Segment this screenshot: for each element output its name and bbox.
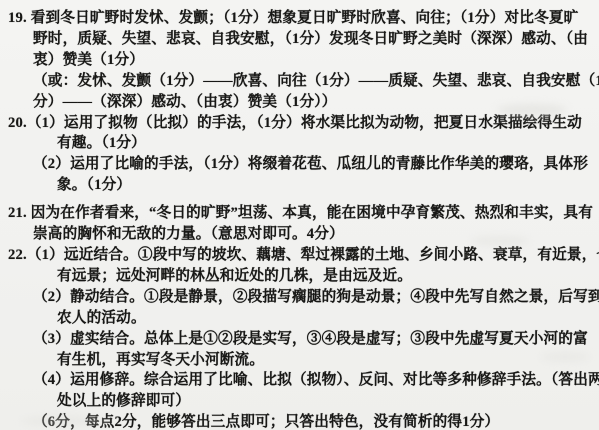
answer-line: 崇高的胸怀和无敌的力量。（意思对即可。4分） — [0, 224, 599, 245]
answer-line-q22: 22.（1）远近结合。①段中写的坡坎、藕塘、犁过裸露的土地、乡间小路、衰草，有近… — [0, 245, 599, 266]
answer-line-q19: 19. 看到冬日旷野时发怵、发颤；（1分）想象夏日旷野时欣喜、向往；（1分）对比… — [0, 8, 599, 29]
answer-line-q19-alternative: （或：发怵、发颤（1分）——欣喜、向往（1分）——质疑、失望、悲哀、自我安慰（1 — [0, 71, 599, 92]
answer-line-scoring-note: （6分，每点2分，能够答出三点即可；只答出特色，没有简析的得1分） — [0, 412, 599, 430]
answer-line: 有远景；远处河畔的林丛和近处的几株，是由远及近。 — [0, 266, 599, 287]
answer-line: 野时，质疑、失望、悲哀、自我安慰，（1分）发现冬日旷野之美时（深深）感动、（由 — [0, 29, 599, 50]
answer-line: 农人的活动。 — [0, 308, 599, 329]
answer-line: 分）——（深深）感动、（由衷）赞美（1分）） — [0, 92, 599, 113]
answer-line: 象。（1分） — [0, 175, 599, 196]
answer-line-q22-part3: （3）虚实结合。总体上是①②段是实写，③④段是虚写；③段中先虚写夏天小河的富 — [0, 329, 599, 350]
answer-line: 有趣。（1分） — [0, 133, 599, 154]
answer-line-q20-part2: （2）运用了比喻的手法，（1分）将缀着花苞、瓜纽儿的青藤比作华美的璎珞，具体形 — [0, 154, 599, 175]
scanned-answer-sheet-page: 19. 看到冬日旷野时发怵、发颤；（1分）想象夏日旷野时欣喜、向往；（1分）对比… — [0, 0, 599, 430]
answer-line: 处以上的修辞即可） — [0, 391, 599, 412]
answer-line: 有生机，再实写冬天小河断流。 — [0, 350, 599, 371]
answer-line: 衷）赞美（1分） — [0, 50, 599, 71]
answer-line-q20: 20.（1）运用了拟物（比拟）的手法，（1分）将水渠比拟为动物，把夏日水渠描绘得… — [0, 113, 599, 134]
answer-line-q22-part4: （4）运用修辞。综合运用了比喻、比拟（拟物）、反问、对比等多种修辞手法。（答出两 — [0, 370, 599, 391]
answer-line-q21: 21. 因为在作者看来，“冬日的旷野”坦荡、本真，能在困境中孕育繁茂、热烈和丰实… — [0, 203, 599, 224]
answer-line-q22-part2: （2）静动结合。①段是静景，②段描写瘸腿的狗是动景；④段中先写自然之景，后写到 — [0, 287, 599, 308]
